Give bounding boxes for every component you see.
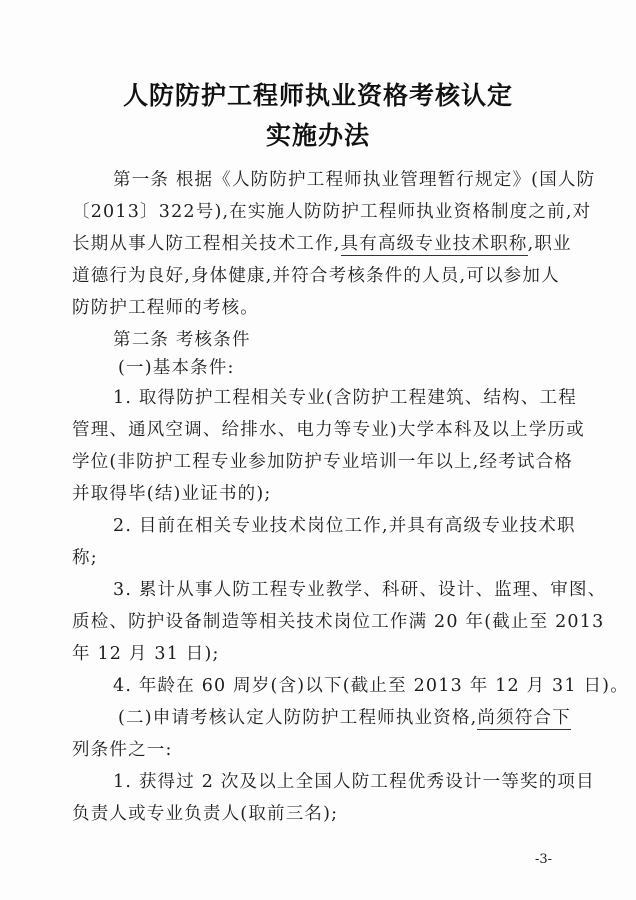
condition-line: 管理、通风空调、给排水、电力等专业)大学本科及以上学历或 [72,416,582,441]
article-1-line: 道德行为良好,身体健康,并符合考核条件的人员,可以参加人 [72,262,582,287]
underlined-text: 尚须符合下 [477,708,571,730]
condition-line: 列条件之一: [72,736,582,761]
text-span: ,职业 [528,234,572,254]
document-title: 人防防护工程师执业资格考核认定 [0,76,636,112]
document-subtitle: 实施办法 [0,116,636,152]
condition-line: 并取得毕(结)业证书的); [72,480,582,505]
document-page: 人防防护工程师执业资格考核认定 实施办法 第一条 根据《人防防护工程师执业管理暂… [0,0,636,900]
text-span: (二)申请考核认定人防防护工程师执业资格, [118,708,477,728]
condition-line: 称; [72,544,582,569]
article-1-line: 第一条 根据《人防防护工程师执业管理暂行规定》(国人防 [113,166,583,191]
condition-line: 1. 取得防护工程相关专业(含防护工程建筑、结构、工程 [113,384,583,409]
condition-line: 负责人或专业负责人(取前三名); [72,800,582,825]
condition-line: 学位(非防护工程专业参加防护专业培训一年以上,经考试合格 [72,448,582,473]
underlined-text: 具有高级专业技术职称 [341,234,528,256]
condition-line: 质检、防护设备制造等相关技术岗位工作满 20 年(截止至 2013 [72,608,582,633]
condition-line: 2. 目前在相关专业技术岗位工作,并具有高级专业技术职 [113,512,583,537]
text-span: 长期从事人防工程相关技术工作, [72,234,341,254]
page-number: -3- [535,852,552,867]
condition-line: 年 12 月 31 日); [72,640,582,665]
section-heading: (一)基本条件: [118,354,588,379]
article-1-line: 长期从事人防工程相关技术工作,具有高级专业技术职称,职业 [72,230,582,255]
section-heading: (二)申请考核认定人防防护工程师执业资格,尚须符合下 [118,704,588,729]
condition-line: 1. 获得过 2 次及以上全国人防工程优秀设计一等奖的项目 [113,768,583,793]
condition-line: 3. 累计从事人防工程专业教学、科研、设计、监理、审图、 [113,576,583,601]
condition-line: 4. 年龄在 60 周岁(含)以下(截止至 2013 年 12 月 31 日)。 [113,672,583,697]
article-1-line: 防防护工程师的考核。 [72,294,582,319]
article-1-line: 〔2013〕322号),在实施人防防护工程师执业资格制度之前,对 [72,198,582,223]
article-2-heading: 第二条 考核条件 [113,326,583,351]
